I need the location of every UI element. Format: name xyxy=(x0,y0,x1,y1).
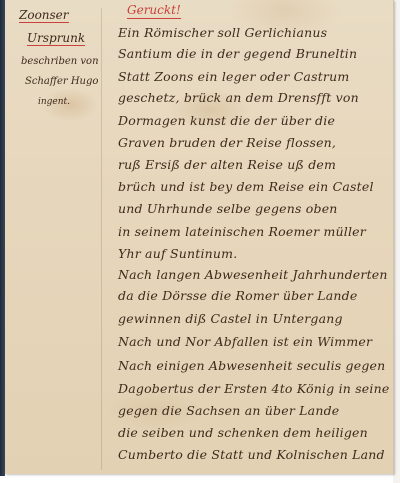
text-line-1: Ein Römischer soll Gerlichianus xyxy=(118,27,327,40)
text-line-11: Yhr auf Suntinum. xyxy=(118,248,237,261)
text-line-20: Cumberto die Statt und Kolnischen Land xyxy=(118,449,385,462)
page-heading: Geruckt! xyxy=(127,3,181,19)
text-line-9: und Uhrhunde selbe gegens oben xyxy=(118,203,338,216)
margin-rule xyxy=(101,8,102,470)
margin-heading-1: Zoonser xyxy=(19,9,69,23)
text-line-3: Statt Zoons ein leger oder Castrum xyxy=(118,71,349,84)
text-line-17: Dagobertus der Ersten 4to König in seine xyxy=(118,383,389,396)
text-line-18: gegen die Sachsen an über Lande xyxy=(118,405,339,418)
text-line-10: in seinem lateinischen Roemer müller xyxy=(118,226,366,239)
text-line-2: Santium die in der gegend Bruneltin xyxy=(118,48,357,61)
margin-note-3: ingent. xyxy=(38,98,70,107)
text-line-8: brüch und ist bey dem Reise ein Castel xyxy=(118,181,374,194)
text-line-15: Nach und Nor Abfallen ist ein Wimmer xyxy=(118,336,372,349)
manuscript-page: Geruckt! Zoonser Ursprunk beschriben von… xyxy=(5,0,394,474)
text-line-16: Nach einigen Abwesenheit seculis gegen xyxy=(118,360,385,373)
text-line-19: die seiben und schenken dem heiligen xyxy=(118,427,368,440)
text-line-14: gewinnen diß Castel in Untergang xyxy=(118,313,343,326)
text-line-6: Graven bruden der Reise flossen, xyxy=(118,137,336,150)
text-line-5: Dormagen kunst die der über die xyxy=(118,115,335,128)
text-line-7: ruß Ersiß der alten Reise uß dem xyxy=(118,159,336,172)
text-line-12: Nach langen Abwesenheit Jahrhunderten xyxy=(118,269,388,282)
text-line-13: da die Dörsse die Romer über Lande xyxy=(118,290,357,303)
text-line-4: geschetz, brück an dem Drensfft von xyxy=(118,92,359,105)
background-strip xyxy=(393,0,400,483)
margin-heading-2: Ursprunk xyxy=(27,32,85,46)
margin-note-2: Schaffer Hugo xyxy=(25,77,98,87)
margin-note-1: beschriben von xyxy=(21,57,99,67)
